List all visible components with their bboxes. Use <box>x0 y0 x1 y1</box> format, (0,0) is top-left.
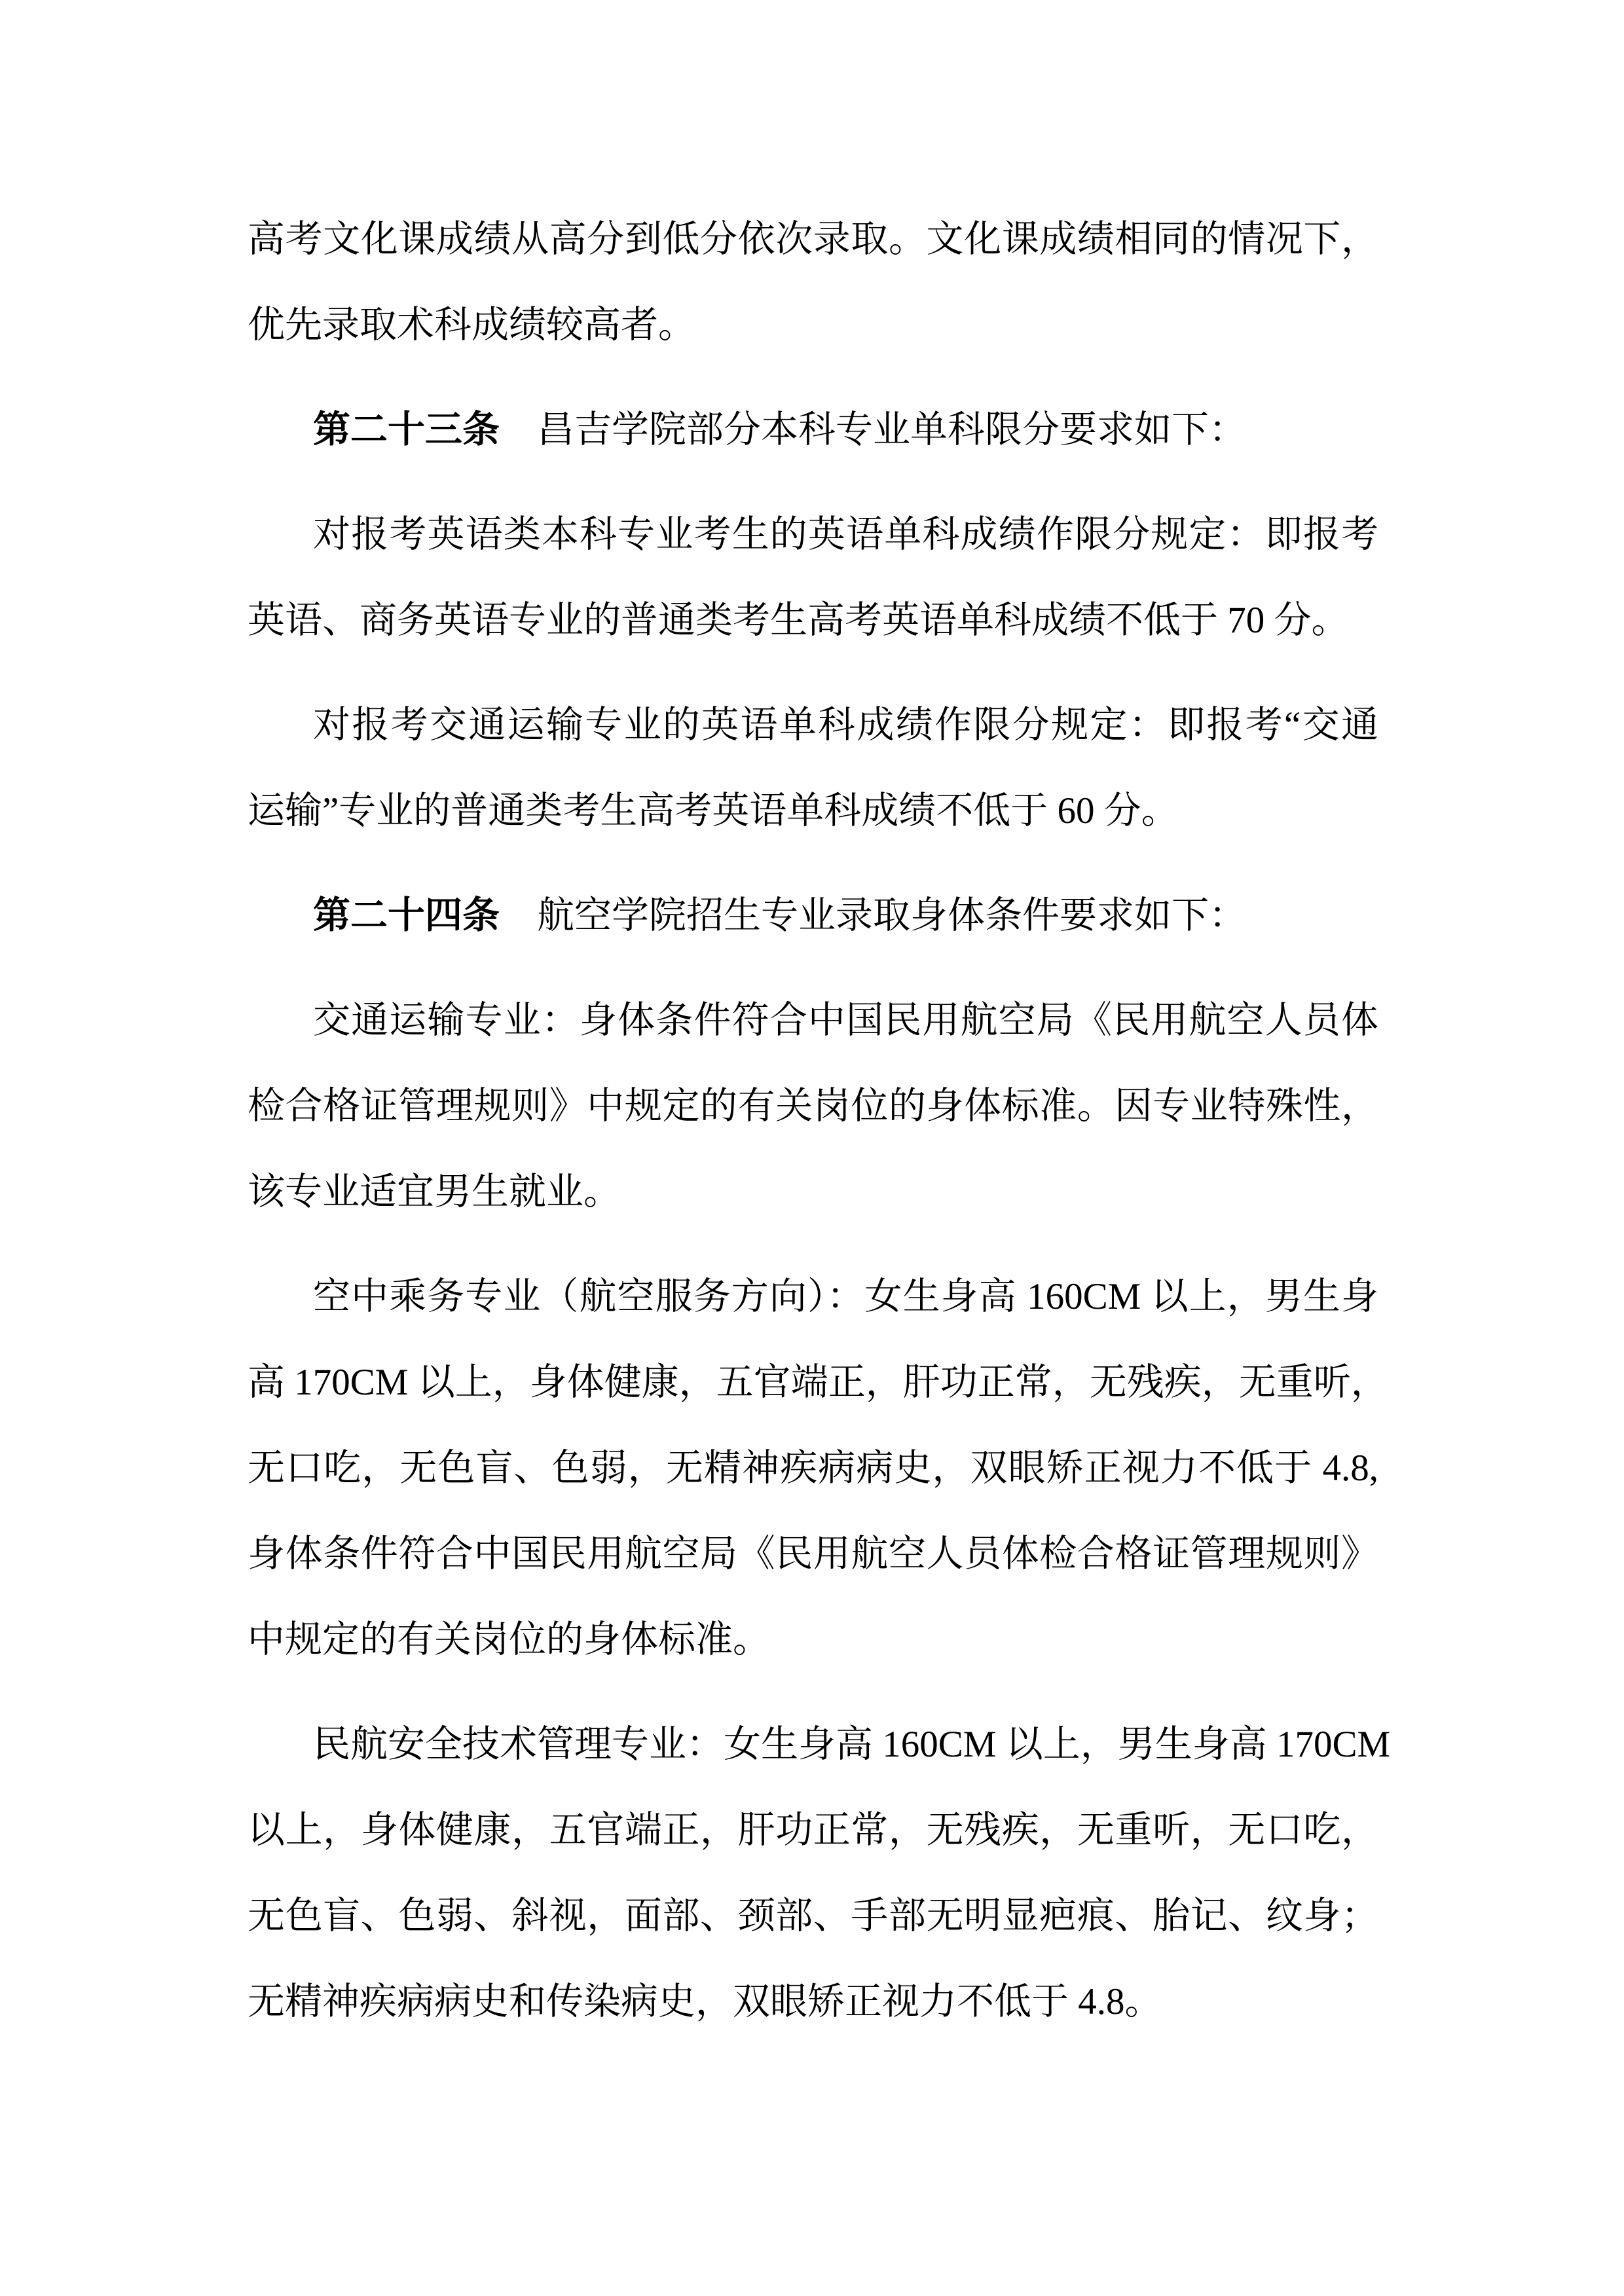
text-run: 中规定的有关岗位的身体标准。 <box>248 1619 770 1660</box>
text-run: 对报考英语类本科专业考生的英语单科成绩作限分规定：即报考 <box>313 514 1378 555</box>
text-line: 无精神疾病病史和传染病史，双眼矫正视力不低于 4.8。 <box>248 1959 1378 2045</box>
text-run: 交通运输专业：身体条件符合中国民用航空局《民用航空人员体 <box>313 1000 1378 1041</box>
text-run: 无色盲、色弱、斜视，面部、颈部、手部无明显疤痕、胎记、纹身； <box>248 1895 1378 1937</box>
article-number-label: 第二十三条 <box>313 409 500 450</box>
text-run: 昌吉学院部分本科专业单科限分要求如下： <box>500 409 1246 450</box>
text-line: 对报考交通运输专业的英语单科成绩作限分规定：即报考“交通 <box>248 682 1378 768</box>
paragraph-4: 对报考交通运输专业的英语单科成绩作限分规定：即报考“交通运输”专业的普通类考生高… <box>248 682 1378 854</box>
text-run: 无口吃，无色盲、色弱，无精神疾病病史，双眼矫正视力不低于 4.8, <box>248 1448 1378 1489</box>
text-run: 高 170CM 以上，身体健康，五官端正，肝功正常，无残疾，无重听， <box>248 1362 1388 1403</box>
article-number-label: 第二十四条 <box>313 895 500 936</box>
paragraph-3: 对报考英语类本科专业考生的英语单科成绩作限分规定：即报考英语、商务英语专业的普通… <box>248 492 1378 663</box>
text-run: 民航安全技术管理专业：女生身高 160CM 以上，男生身高 170CM <box>313 1724 1390 1765</box>
text-line: 高考文化课成绩从高分到低分依次录取。文化课成绩相同的情况下， <box>248 196 1378 282</box>
text-run: 对报考交通运输专业的英语单科成绩作限分规定：即报考“交通 <box>313 704 1378 746</box>
text-run: 空中乘务专业（航空服务方向）：女生身高 160CM 以上，男生身 <box>313 1276 1378 1317</box>
text-run: 以上，身体健康，五官端正，肝功正常，无残疾，无重听，无口吃， <box>248 1810 1378 1851</box>
text-line: 以上，身体健康，五官端正，肝功正常，无残疾，无重听，无口吃， <box>248 1787 1378 1873</box>
text-line: 检合格证管理规则》中规定的有关岗位的身体标准。因专业特殊性， <box>248 1063 1378 1149</box>
document-body: 高考文化课成绩从高分到低分依次录取。文化课成绩相同的情况下，优先录取术科成绩较高… <box>248 196 1378 2064</box>
text-line: 身体条件符合中国民用航空局《民用航空人员体检合格证管理规则》 <box>248 1511 1378 1597</box>
text-line: 中规定的有关岗位的身体标准。 <box>248 1597 1378 1683</box>
paragraph-2: 第二十三条 昌吉学院部分本科专业单科限分要求如下： <box>248 387 1378 473</box>
text-run: 运输”专业的普通类考生高考英语单科成绩不低于 60 分。 <box>248 790 1179 831</box>
text-run: 检合格证管理规则》中规定的有关岗位的身体标准。因专业特殊性， <box>248 1085 1378 1127</box>
text-run: 航空学院招生专业录取身体条件要求如下： <box>500 895 1246 936</box>
document-page: 高考文化课成绩从高分到低分依次录取。文化课成绩相同的情况下，优先录取术科成绩较高… <box>0 0 1624 2296</box>
text-line: 高 170CM 以上，身体健康，五官端正，肝功正常，无残疾，无重听， <box>248 1339 1378 1425</box>
text-line: 空中乘务专业（航空服务方向）：女生身高 160CM 以上，男生身 <box>248 1254 1378 1339</box>
paragraph-6: 交通运输专业：身体条件符合中国民用航空局《民用航空人员体检合格证管理规则》中规定… <box>248 977 1378 1235</box>
text-run: 无精神疾病病史和传染病史，双眼矫正视力不低于 4.8。 <box>248 1981 1162 2022</box>
text-line: 对报考英语类本科专业考生的英语单科成绩作限分规定：即报考 <box>248 492 1378 577</box>
text-line: 无色盲、色弱、斜视，面部、颈部、手部无明显疤痕、胎记、纹身； <box>248 1873 1378 1959</box>
text-line: 民航安全技术管理专业：女生身高 160CM 以上，男生身高 170CM <box>248 1702 1378 1787</box>
text-line: 英语、商务英语专业的普通类考生高考英语单科成绩不低于 70 分。 <box>248 577 1378 663</box>
text-line: 交通运输专业：身体条件符合中国民用航空局《民用航空人员体 <box>248 977 1378 1063</box>
text-run: 优先录取术科成绩较高者。 <box>248 304 695 346</box>
text-run: 高考文化课成绩从高分到低分依次录取。文化课成绩相同的情况下， <box>248 219 1378 260</box>
text-run: 身体条件符合中国民用航空局《民用航空人员体检合格证管理规则》 <box>248 1533 1378 1575</box>
text-line: 第二十三条 昌吉学院部分本科专业单科限分要求如下： <box>248 387 1378 473</box>
paragraph-5: 第二十四条 航空学院招生专业录取身体条件要求如下： <box>248 873 1378 958</box>
text-line: 优先录取术科成绩较高者。 <box>248 282 1378 368</box>
text-line: 该专业适宜男生就业。 <box>248 1149 1378 1235</box>
text-run: 该专业适宜男生就业。 <box>248 1171 621 1212</box>
paragraph-1: 高考文化课成绩从高分到低分依次录取。文化课成绩相同的情况下，优先录取术科成绩较高… <box>248 196 1378 368</box>
text-run: 英语、商务英语专业的普通类考生高考英语单科成绩不低于 70 分。 <box>248 600 1349 641</box>
text-line: 无口吃，无色盲、色弱，无精神疾病病史，双眼矫正视力不低于 4.8, <box>248 1425 1378 1511</box>
text-line: 运输”专业的普通类考生高考英语单科成绩不低于 60 分。 <box>248 768 1378 854</box>
text-line: 第二十四条 航空学院招生专业录取身体条件要求如下： <box>248 873 1378 958</box>
paragraph-8: 民航安全技术管理专业：女生身高 160CM 以上，男生身高 170CM以上，身体… <box>248 1702 1378 2045</box>
paragraph-7: 空中乘务专业（航空服务方向）：女生身高 160CM 以上，男生身高 170CM … <box>248 1254 1378 1683</box>
